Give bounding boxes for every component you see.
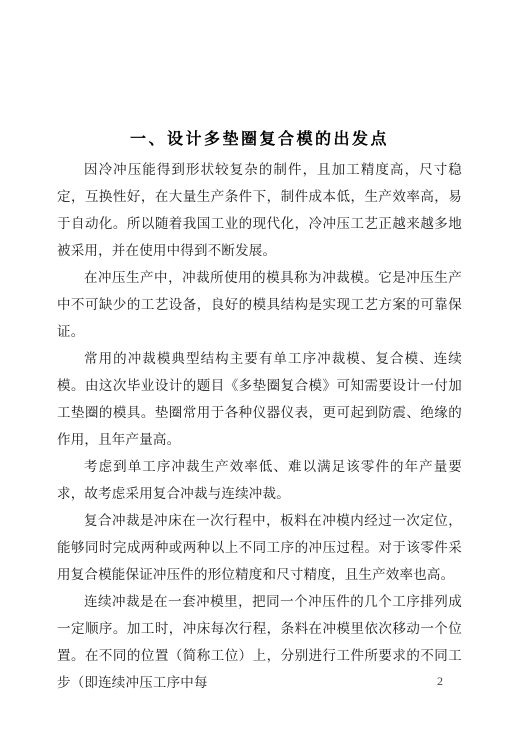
- document-body: 因冷冲压能得到形状较复杂的制件，且加工精度高，尺寸稳定，互换性好，在大量生产条件…: [57, 156, 462, 696]
- document-page: 一、设计多垫圈复合模的出发点 因冷冲压能得到形状较复杂的制件，且加工精度高，尺寸…: [0, 0, 520, 735]
- paragraph: 在冲压生产中，冲裁所使用的模具称为冲裁模。它是冲压生产中不可缺少的工艺设备，良好…: [57, 264, 462, 345]
- page-number: 2: [433, 674, 447, 688]
- paragraph: 因冷冲压能得到形状较复杂的制件，且加工精度高，尺寸稳定，互换性好，在大量生产条件…: [57, 156, 462, 264]
- paragraph: 常用的冲裁模典型结构主要有单工序冲裁模、复合模、连续模。由这次毕业设计的题目《多…: [57, 345, 462, 453]
- document-title: 一、设计多垫圈复合模的出发点: [57, 127, 462, 153]
- page-content: 一、设计多垫圈复合模的出发点 因冷冲压能得到形状较复杂的制件，且加工精度高，尺寸…: [57, 127, 462, 696]
- paragraph: 连续冲裁是在一套冲模里，把同一个冲压件的几个工序排列成一定顺序。加工时，冲床每次…: [57, 588, 462, 696]
- paragraph: 复合冲裁是冲床在一次行程中，板料在冲模内经过一次定位，能够同时完成两种或两种以上…: [57, 507, 462, 588]
- paragraph: 考虑到单工序冲裁生产效率低、难以满足该零件的年产量要求，故考虑采用复合冲裁与连续…: [57, 453, 462, 507]
